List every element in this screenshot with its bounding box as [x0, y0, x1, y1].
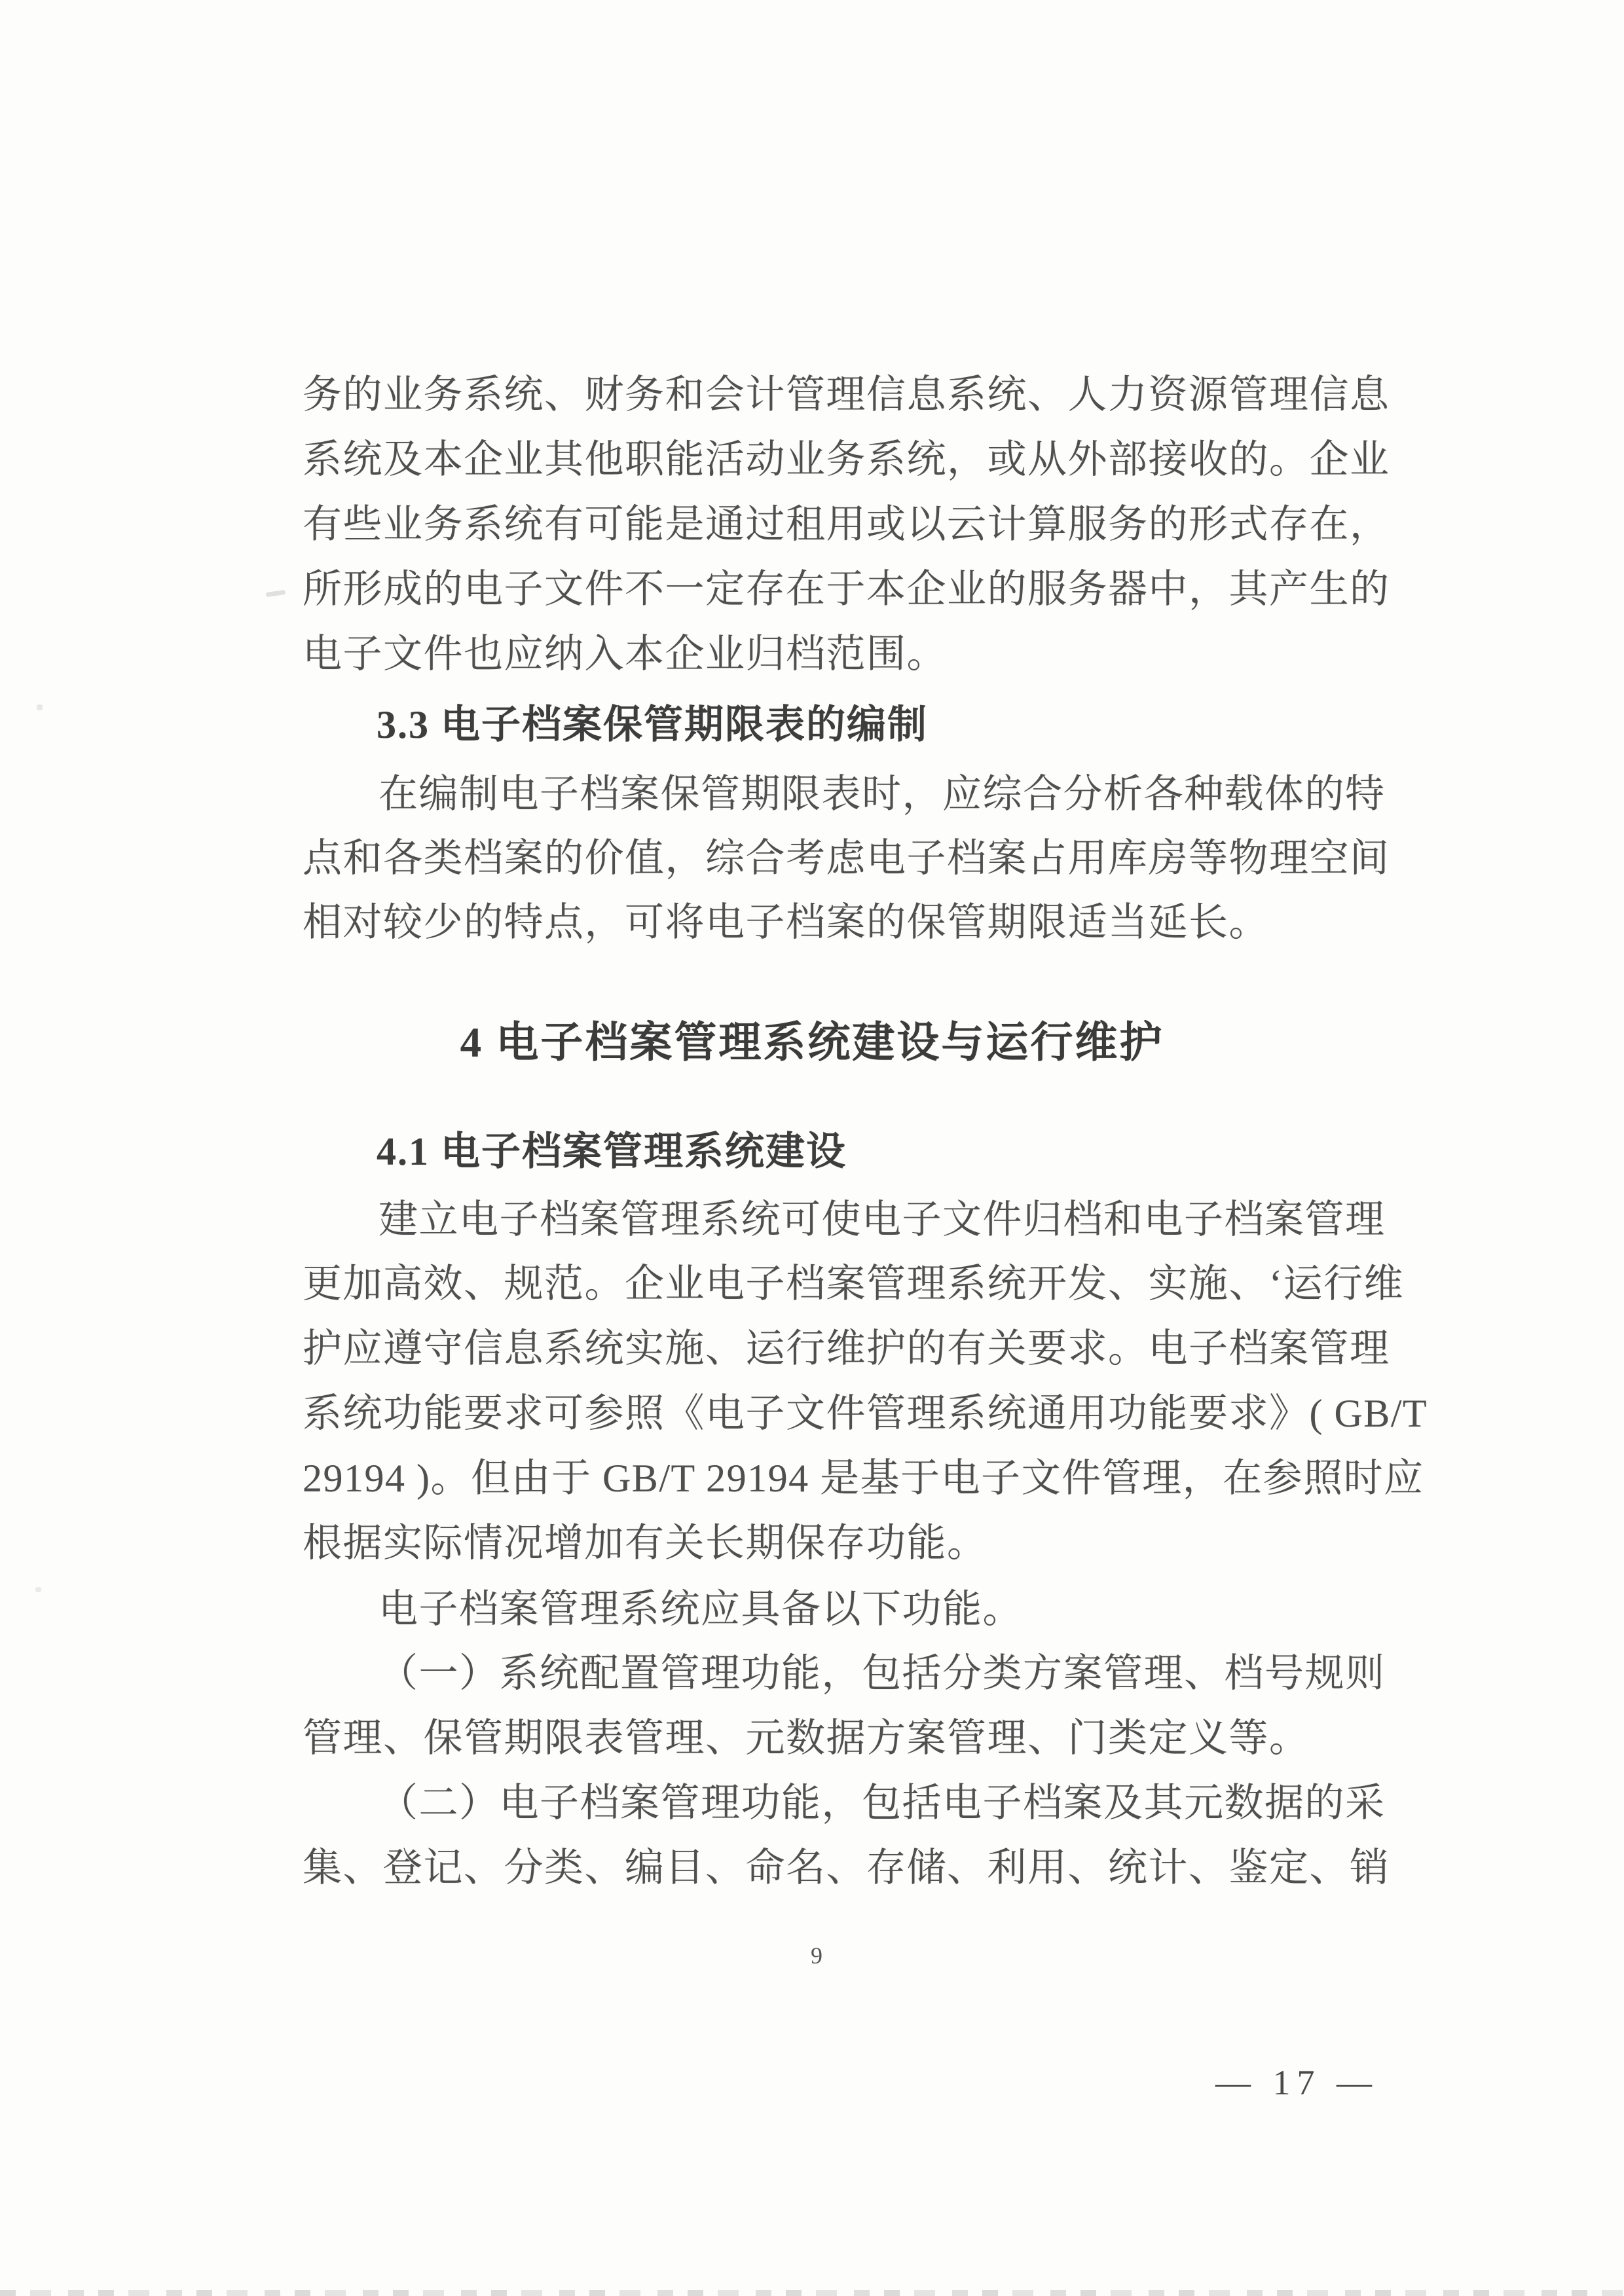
inner-page-number: 9: [811, 1942, 822, 1969]
body-line: 更加高效、规范。企业电子档案管理系统开发、实施、‘运行维: [303, 1260, 1404, 1308]
footer-page-number: — 17 —: [1215, 2062, 1378, 2103]
body-line: 电子档案管理系统应具备以下功能。: [378, 1585, 1023, 1633]
body-line: 系统及本企业其他职能活动业务系统，或从外部接收的。企业: [303, 435, 1390, 484]
body-line: 根据实际情况增加有关长期保存功能。: [303, 1519, 987, 1567]
scan-speck: [266, 590, 286, 597]
section-heading-3-3: 3.3 电子档案保管期限表的编制: [377, 701, 928, 749]
body-line: 务的业务系统、财务和会计管理信息系统、人力资源管理信息: [303, 371, 1390, 419]
body-line: 电子文件也应纳入本企业归档范围。: [303, 630, 947, 678]
list-item-line: 集、登记、分类、编目、命名、存储、利用、统计、鉴定、销: [303, 1844, 1390, 1892]
body-line: 有些业务系统有可能是通过租用或以云计算服务的形式存在，: [303, 500, 1390, 549]
body-line: 系统功能要求可参照《电子文件管理系统通用功能要求》( GB/T: [303, 1389, 1428, 1438]
body-line: 点和各类档案的价值，综合考虑电子档案占用库房等物理空间: [303, 834, 1390, 883]
scan-speck: [35, 1587, 41, 1592]
list-item-line: （一）系统配置管理功能，包括分类方案管理、档号规则: [378, 1649, 1386, 1698]
body-line: 护应遵守信息系统实施、运行维护的有关要求。电子档案管理: [303, 1324, 1390, 1373]
body-line: 所形成的电子文件不一定存在于本企业的服务器中，其产生的: [303, 565, 1390, 613]
body-line: 相对较少的特点，可将电子档案的保管期限适当延长。: [303, 898, 1269, 947]
body-line: 29194 )。但由于 GB/T 29194 是基于电子文件管理，在参照时应: [303, 1454, 1424, 1503]
scan-noise-bottom-edge: [0, 2290, 1624, 2296]
chapter-heading-4: 4 电子档案管理系统建设与运行维护: [0, 1019, 1624, 1067]
list-item-line: （二）电子档案管理功能，包括电子档案及其元数据的采: [378, 1779, 1386, 1827]
body-line: 建立电子档案管理系统可使电子文件归档和电子档案管理: [378, 1195, 1386, 1244]
scanned-document-page: 务的业务系统、财务和会计管理信息系统、人力资源管理信息 系统及本企业其他职能活动…: [0, 0, 1624, 2296]
body-line: 在编制电子档案保管期限表时，应综合分析各种载体的特: [378, 770, 1386, 818]
list-item-line: 管理、保管期限表管理、元数据方案管理、门类定义等。: [303, 1714, 1310, 1762]
scan-speck: [37, 704, 43, 710]
section-heading-4-1: 4.1 电子档案管理系统建设: [377, 1127, 847, 1176]
